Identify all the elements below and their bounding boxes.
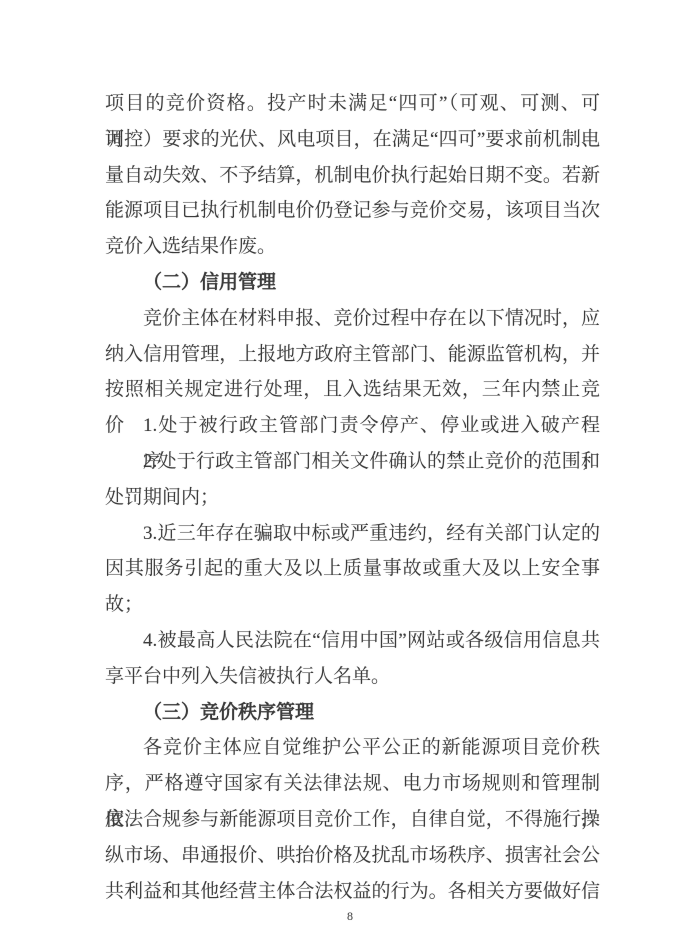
text-line: 依法合规参与新能源项目竞价工作，自律自觉，不得施行操 [105, 802, 600, 838]
document-page: 项目的竞价资格。投产时未满足“四可”（可观、可测、可调、可控）要求的光伏、风电项… [0, 0, 700, 931]
text-line: 序，严格遵守国家有关法律法规、电力市场规则和管理制度， [105, 766, 600, 802]
text-line: 因其服务引起的重大及以上质量事故或重大及以上安全事 [105, 551, 600, 587]
text-line: 1.处于被行政主管部门责令停产、停业或进入破产程序； [105, 408, 600, 444]
text-line: 纳入信用管理，上报地方政府主管部门、能源监管机构，并 [105, 337, 600, 373]
section-heading: （三）竞价秩序管理 [105, 695, 600, 731]
text-line: 处罚期间内； [105, 480, 600, 516]
text-line: 按照相关规定进行处理，且入选结果无效，三年内禁止竞价： [105, 372, 600, 408]
text-line: 享平台中列入失信被执行人名单。 [105, 659, 600, 695]
page-number: 8 [0, 908, 700, 924]
text-line: 能源项目已执行机制电价仍登记参与竞价交易，该项目当次 [105, 193, 600, 229]
text-line: 竞价主体在材料申报、竞价过程中存在以下情况时，应 [105, 301, 600, 337]
text-line: 各竞价主体应自觉维护公平公正的新能源项目竞价秩 [105, 730, 600, 766]
text-line: 2.处于行政主管部门相关文件确认的禁止竞价的范围和 [105, 444, 600, 480]
text-line: 量自动失效、不予结算，机制电价执行起始日期不变。若新 [105, 158, 600, 194]
text-line: 竞价入选结果作废。 [105, 229, 600, 265]
text-line: 项目的竞价资格。投产时未满足“四可”（可观、可测、可调、 [105, 86, 600, 122]
text-line: 纵市场、串通报价、哄抬价格及扰乱市场秩序、损害社会公 [105, 838, 600, 874]
text-line: 可控）要求的光伏、风电项目，在满足“四可”要求前机制电 [105, 122, 600, 158]
text-line: 共利益和其他经营主体合法权益的行为。各相关方要做好信 [105, 874, 600, 910]
document-lines: 项目的竞价资格。投产时未满足“四可”（可观、可测、可调、可控）要求的光伏、风电项… [105, 86, 600, 909]
text-line: 4.被最高人民法院在“信用中国”网站或各级信用信息共 [105, 623, 600, 659]
text-line: 故； [105, 587, 600, 623]
section-heading: （二）信用管理 [105, 265, 600, 301]
text-line: 3.近三年存在骗取中标或严重违约，经有关部门认定的 [105, 516, 600, 552]
